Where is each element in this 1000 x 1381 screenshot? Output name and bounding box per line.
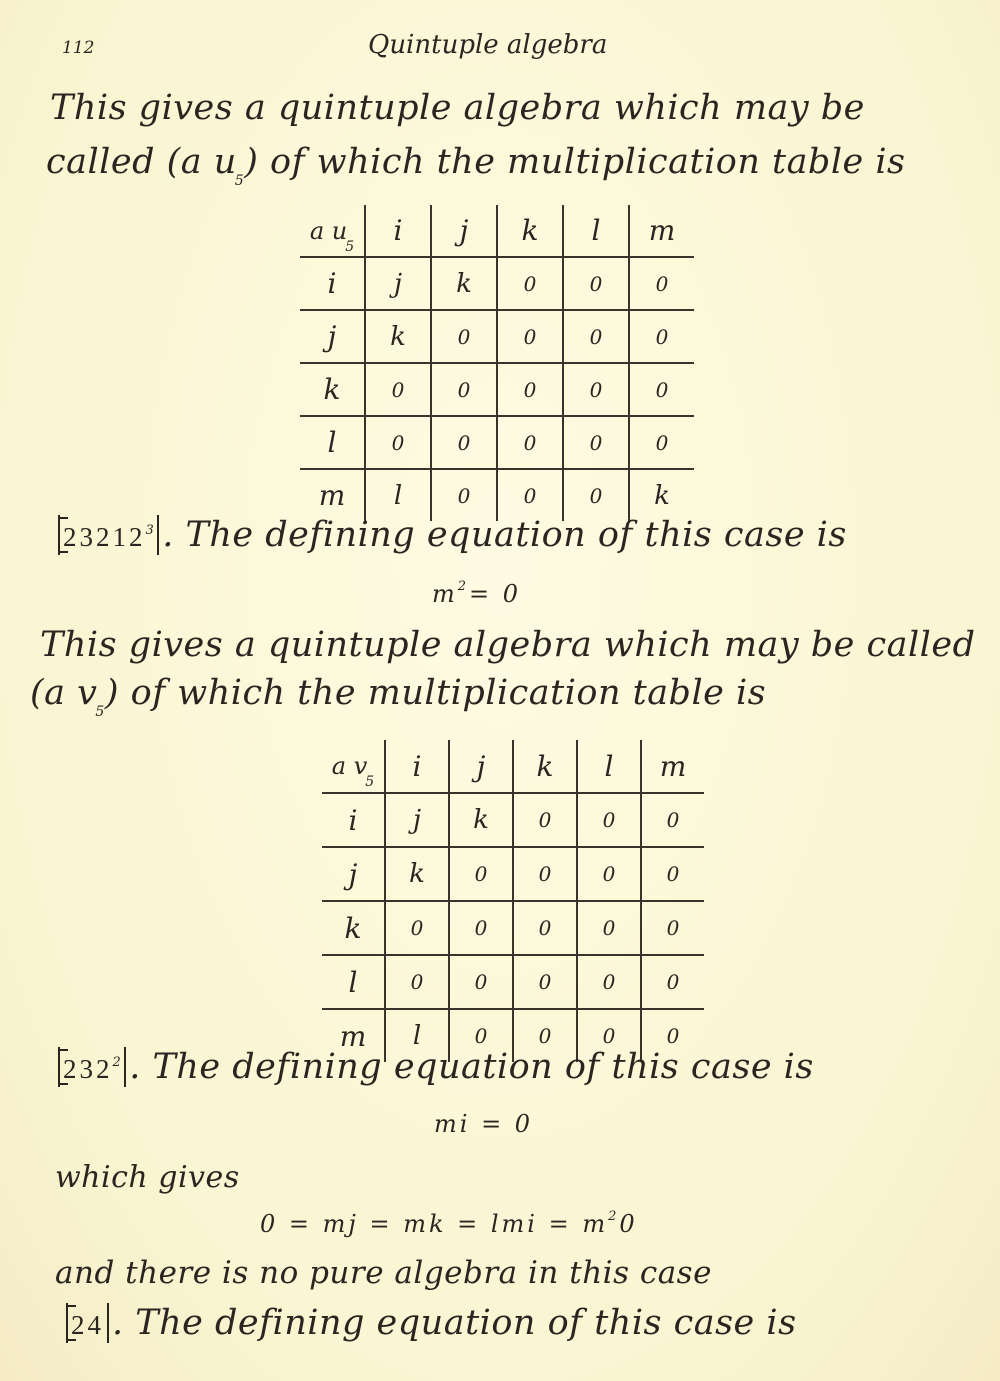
table-cell: 0 bbox=[641, 793, 704, 847]
which-gives-text: which gives bbox=[55, 1160, 240, 1195]
table-header-row: a v5 i j k l m bbox=[322, 740, 704, 793]
table-cell: 0 bbox=[577, 847, 641, 901]
table-cell: 0 bbox=[641, 847, 704, 901]
table-header-row: a u5 i j k l m bbox=[300, 205, 694, 257]
row-header: j bbox=[300, 310, 365, 363]
column-header: k bbox=[513, 740, 577, 793]
row-header: m bbox=[300, 469, 365, 521]
table-cell: 0 bbox=[641, 901, 704, 955]
table-cell: 0 bbox=[563, 257, 629, 310]
intro-2-line-2: (a v5) of which the multiplication table… bbox=[30, 673, 766, 713]
table-cell: 0 bbox=[577, 901, 641, 955]
table-cell: 0 bbox=[513, 847, 577, 901]
table-row: l 0 0 0 0 0 bbox=[300, 416, 694, 469]
table-cell: j bbox=[365, 257, 431, 310]
table-cell: 0 bbox=[497, 416, 563, 469]
column-header: i bbox=[385, 740, 449, 793]
table-cell: 0 bbox=[497, 469, 563, 521]
table-cell: 0 bbox=[577, 955, 641, 1009]
table-row: i j k 0 0 0 bbox=[322, 793, 704, 847]
defining-equation: mi = 0 bbox=[434, 1110, 533, 1138]
table-cell: l bbox=[365, 469, 431, 521]
row-header: i bbox=[300, 257, 365, 310]
table-cell: 0 bbox=[365, 363, 431, 416]
multiplication-table-au5: a u5 i j k l m i j k 0 0 0 j k 0 0 0 bbox=[300, 205, 694, 521]
intro-1-line-2-post: ) of which the multiplication table is bbox=[244, 142, 905, 182]
table-row: m l 0 0 0 k bbox=[300, 469, 694, 521]
table-cell: k bbox=[365, 310, 431, 363]
table-cell: 0 bbox=[497, 310, 563, 363]
table-row: j k 0 0 0 0 bbox=[300, 310, 694, 363]
table-row: j k 0 0 0 0 bbox=[322, 847, 704, 901]
table-cell: 0 bbox=[431, 310, 497, 363]
table-cell: k bbox=[449, 793, 513, 847]
intro-1-line-2-pre: called (a u bbox=[46, 142, 237, 182]
table-cell: 0 bbox=[629, 416, 694, 469]
row-header: k bbox=[300, 363, 365, 416]
case-232-2-heading: 2322. The defining equation of this case… bbox=[58, 1047, 814, 1087]
table-cell: 0 bbox=[385, 901, 449, 955]
table-row: k 0 0 0 0 0 bbox=[322, 901, 704, 955]
table-cell: k bbox=[431, 257, 497, 310]
case-heading-text: . The defining equation of this case is bbox=[112, 1303, 797, 1343]
table-cell: 0 bbox=[629, 310, 694, 363]
table-cell: 0 bbox=[563, 310, 629, 363]
intro-2-line-1: This gives a quintuple algebra which may… bbox=[40, 625, 976, 665]
table-cell: 0 bbox=[513, 955, 577, 1009]
column-header: i bbox=[365, 205, 431, 257]
result-equation: 0 = mj = mk = lmi = m20 bbox=[260, 1210, 638, 1238]
intro-1-line-1: This gives a quintuple algebra which may… bbox=[50, 88, 865, 128]
table-cell: 0 bbox=[513, 901, 577, 955]
column-header: l bbox=[563, 205, 629, 257]
table-cell: j bbox=[385, 793, 449, 847]
intro-1-line-2: called (a u5) of which the multiplicatio… bbox=[46, 142, 906, 182]
table-cell: 0 bbox=[577, 793, 641, 847]
case-label-box: 24 bbox=[66, 1303, 112, 1343]
row-header: i bbox=[322, 793, 385, 847]
case-label-box: 232123 bbox=[58, 515, 162, 555]
table-cell: 0 bbox=[449, 901, 513, 955]
column-header: k bbox=[497, 205, 563, 257]
column-header: j bbox=[449, 740, 513, 793]
running-title: Quintuple algebra bbox=[368, 30, 607, 60]
case-23212-3-heading: 232123. The defining equation of this ca… bbox=[58, 515, 847, 555]
column-header: m bbox=[641, 740, 704, 793]
column-header: m bbox=[629, 205, 694, 257]
table-cell: k bbox=[629, 469, 694, 521]
table-cell: 0 bbox=[431, 416, 497, 469]
column-header: j bbox=[431, 205, 497, 257]
algebra-subscript: 5 bbox=[235, 173, 244, 189]
table-cell: k bbox=[385, 847, 449, 901]
row-header: l bbox=[322, 955, 385, 1009]
table-cell: 0 bbox=[629, 257, 694, 310]
table-cell: 0 bbox=[513, 793, 577, 847]
case-label-box: 2322 bbox=[58, 1047, 129, 1087]
table-cell: 0 bbox=[449, 847, 513, 901]
table-cell: 0 bbox=[497, 363, 563, 416]
case-heading-text: . The defining equation of this case is bbox=[162, 515, 847, 555]
case-heading-text: . The defining equation of this case is bbox=[129, 1047, 814, 1087]
table-cell: 0 bbox=[629, 363, 694, 416]
table-cell: 0 bbox=[641, 955, 704, 1009]
table-cell: 0 bbox=[431, 363, 497, 416]
table-cell: 0 bbox=[563, 469, 629, 521]
row-header: l bbox=[300, 416, 365, 469]
table-cell: 0 bbox=[431, 469, 497, 521]
defining-equation: m2= 0 bbox=[432, 580, 521, 608]
table-cell: 0 bbox=[563, 416, 629, 469]
page-number: 112 bbox=[62, 38, 94, 58]
case-24-heading: 24. The defining equation of this case i… bbox=[66, 1303, 797, 1343]
table-row: k 0 0 0 0 0 bbox=[300, 363, 694, 416]
table-name: a u5 bbox=[300, 205, 365, 257]
row-header: j bbox=[322, 847, 385, 901]
table-cell: 0 bbox=[563, 363, 629, 416]
table-cell: 0 bbox=[497, 257, 563, 310]
conclusion-text: and there is no pure algebra in this cas… bbox=[55, 1255, 712, 1291]
row-header: k bbox=[322, 901, 385, 955]
table-name: a v5 bbox=[322, 740, 385, 793]
multiplication-table-av5: a v5 i j k l m i j k 0 0 0 j k 0 0 0 bbox=[322, 740, 704, 1062]
column-header: l bbox=[577, 740, 641, 793]
table-row: i j k 0 0 0 bbox=[300, 257, 694, 310]
table-cell: 0 bbox=[385, 955, 449, 1009]
table-cell: 0 bbox=[449, 955, 513, 1009]
table-cell: 0 bbox=[365, 416, 431, 469]
table-row: l 0 0 0 0 0 bbox=[322, 955, 704, 1009]
